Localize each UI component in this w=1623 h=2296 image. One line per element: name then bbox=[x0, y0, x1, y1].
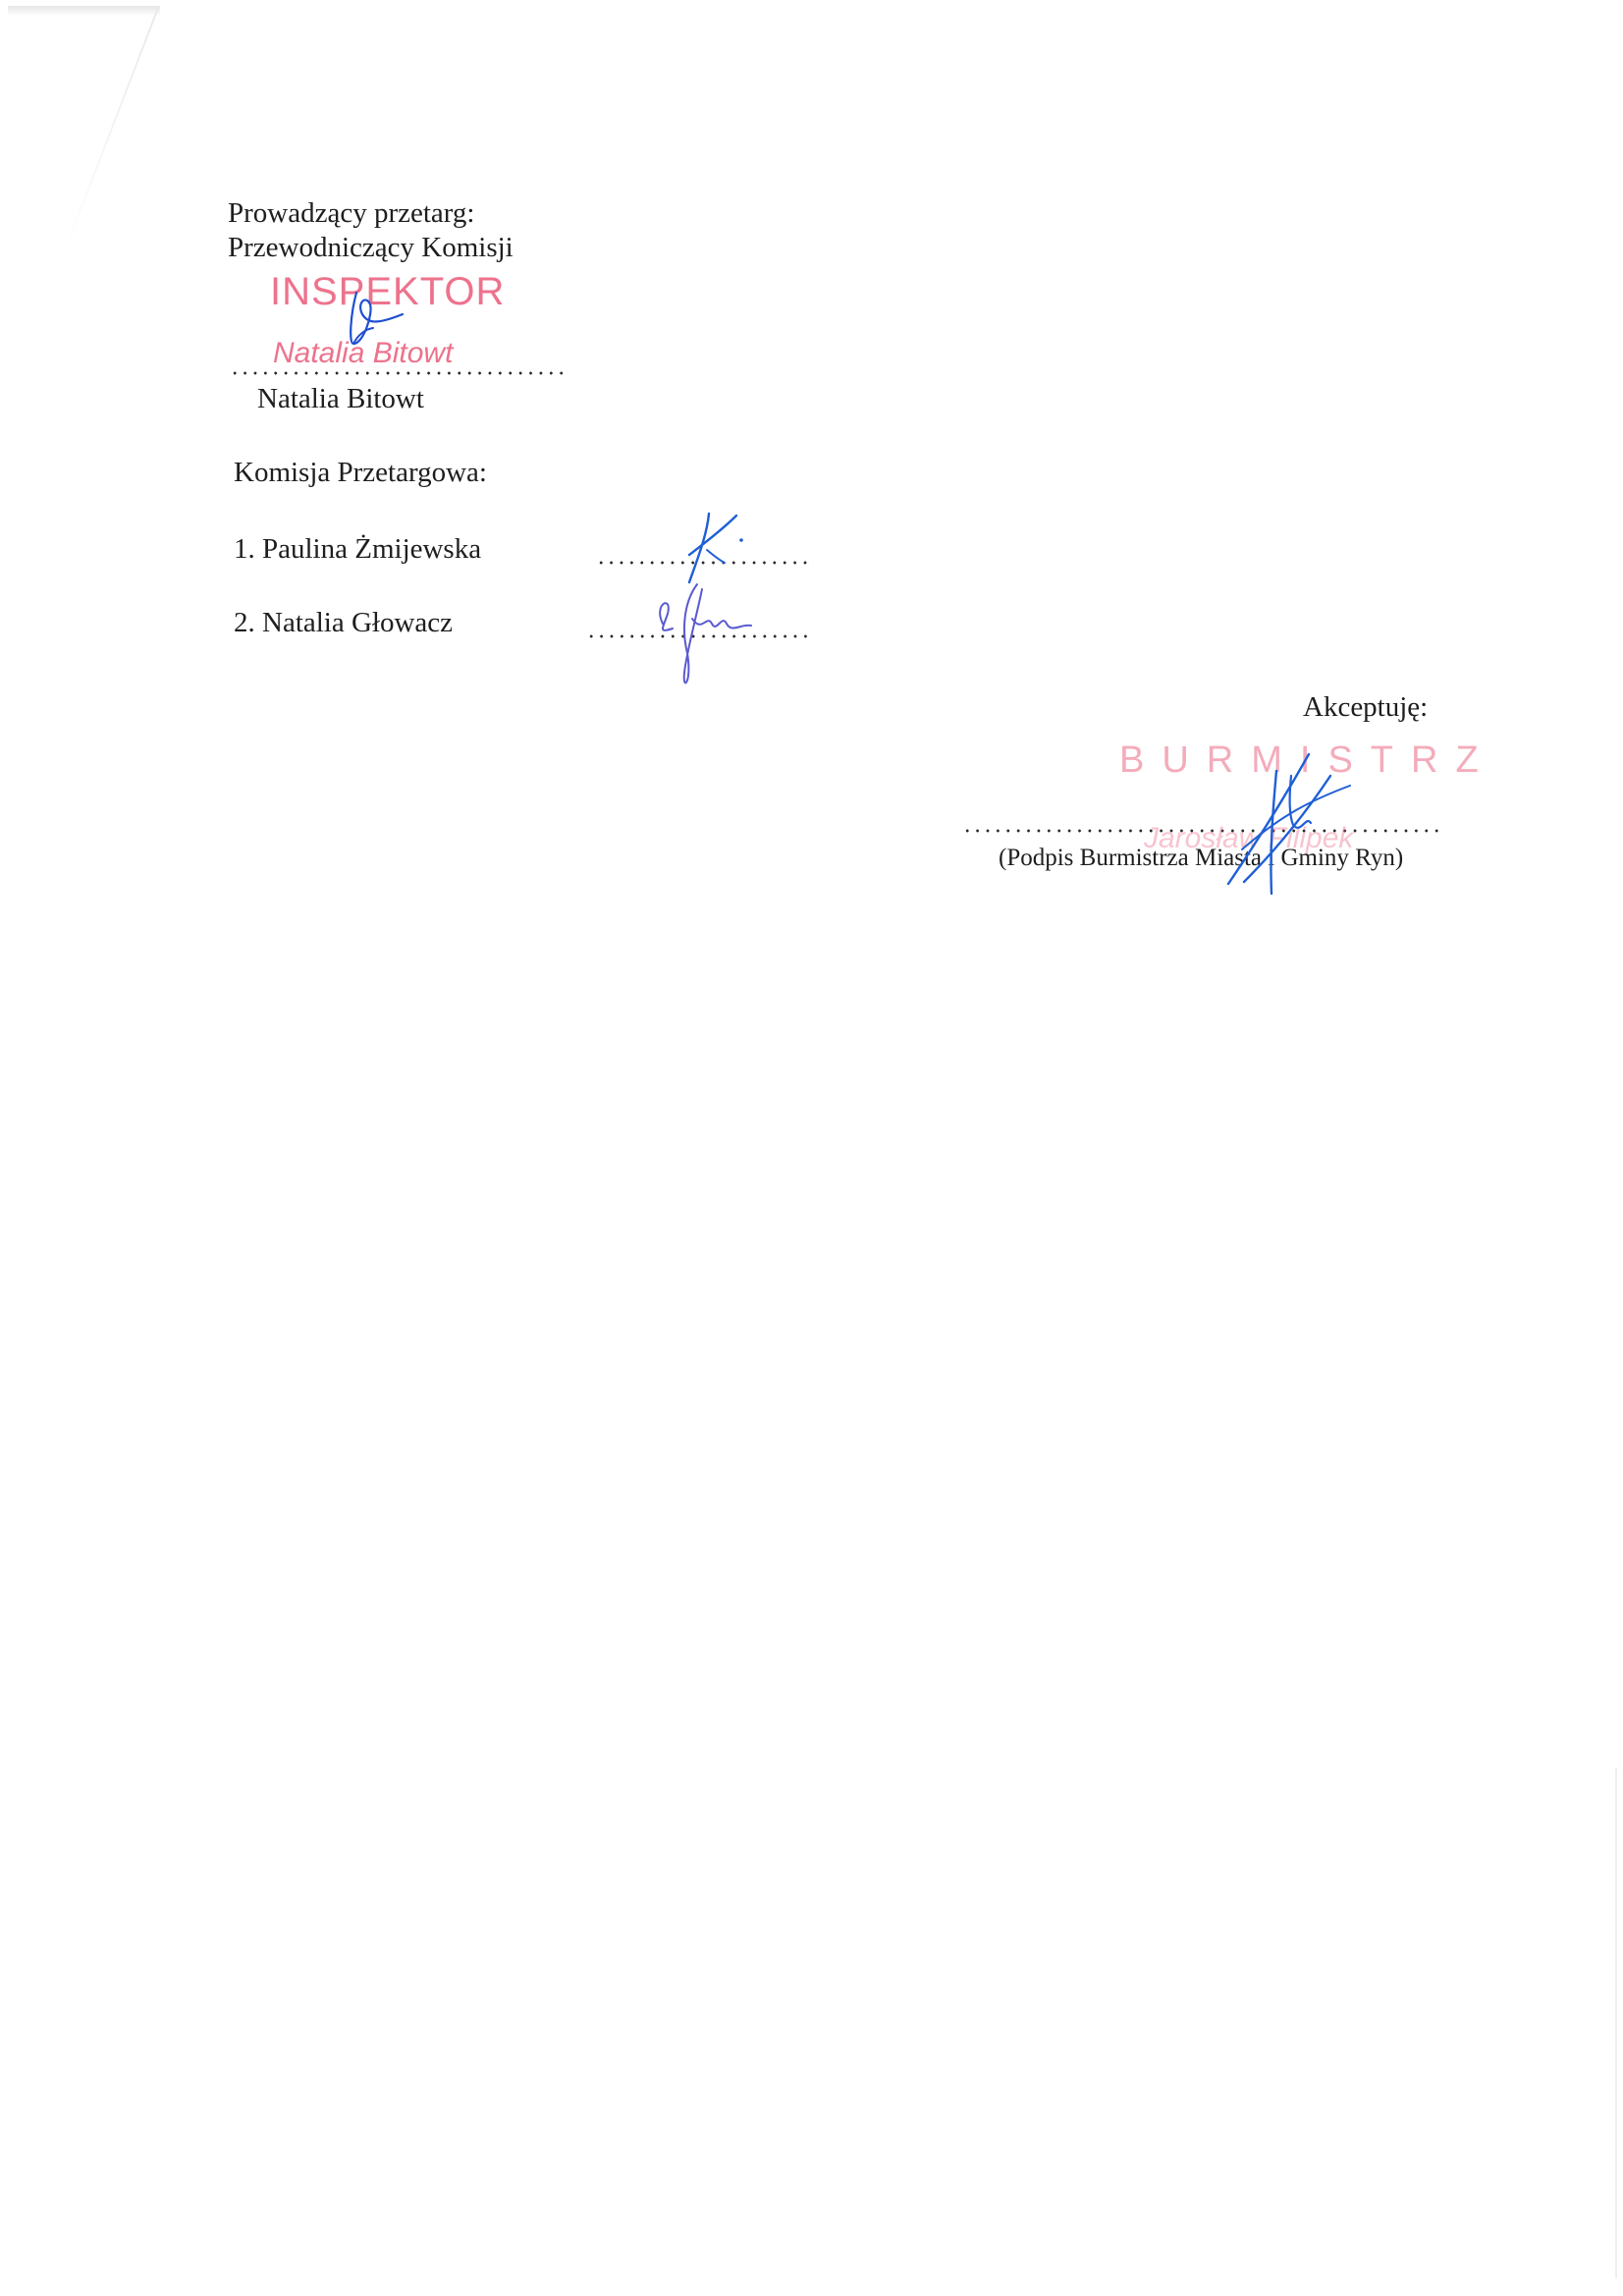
chair-heading-line2: Przewodniczący Komisji bbox=[228, 234, 514, 262]
committee-heading: Komisja Przetargowa: bbox=[234, 459, 487, 487]
chair-signature-line bbox=[230, 371, 568, 375]
mayor-signature bbox=[1222, 746, 1360, 903]
scan-artifact-top bbox=[8, 6, 160, 16]
scan-artifact-fold bbox=[63, 8, 159, 253]
member2-signature bbox=[643, 574, 800, 697]
chair-signature bbox=[349, 285, 417, 363]
member1-signature bbox=[677, 506, 795, 584]
chair-heading-line1: Prowadzący przetarg: bbox=[228, 199, 474, 228]
committee-member: 2. Natalia Głowacz bbox=[234, 609, 453, 637]
chair-signatory-name: Natalia Bitowt bbox=[257, 385, 424, 413]
scan-artifact-right-edge bbox=[1615, 1768, 1617, 2278]
approval-label: Akceptuję: bbox=[1303, 693, 1428, 722]
committee-member: 1. Paulina Żmijewska bbox=[234, 535, 481, 564]
